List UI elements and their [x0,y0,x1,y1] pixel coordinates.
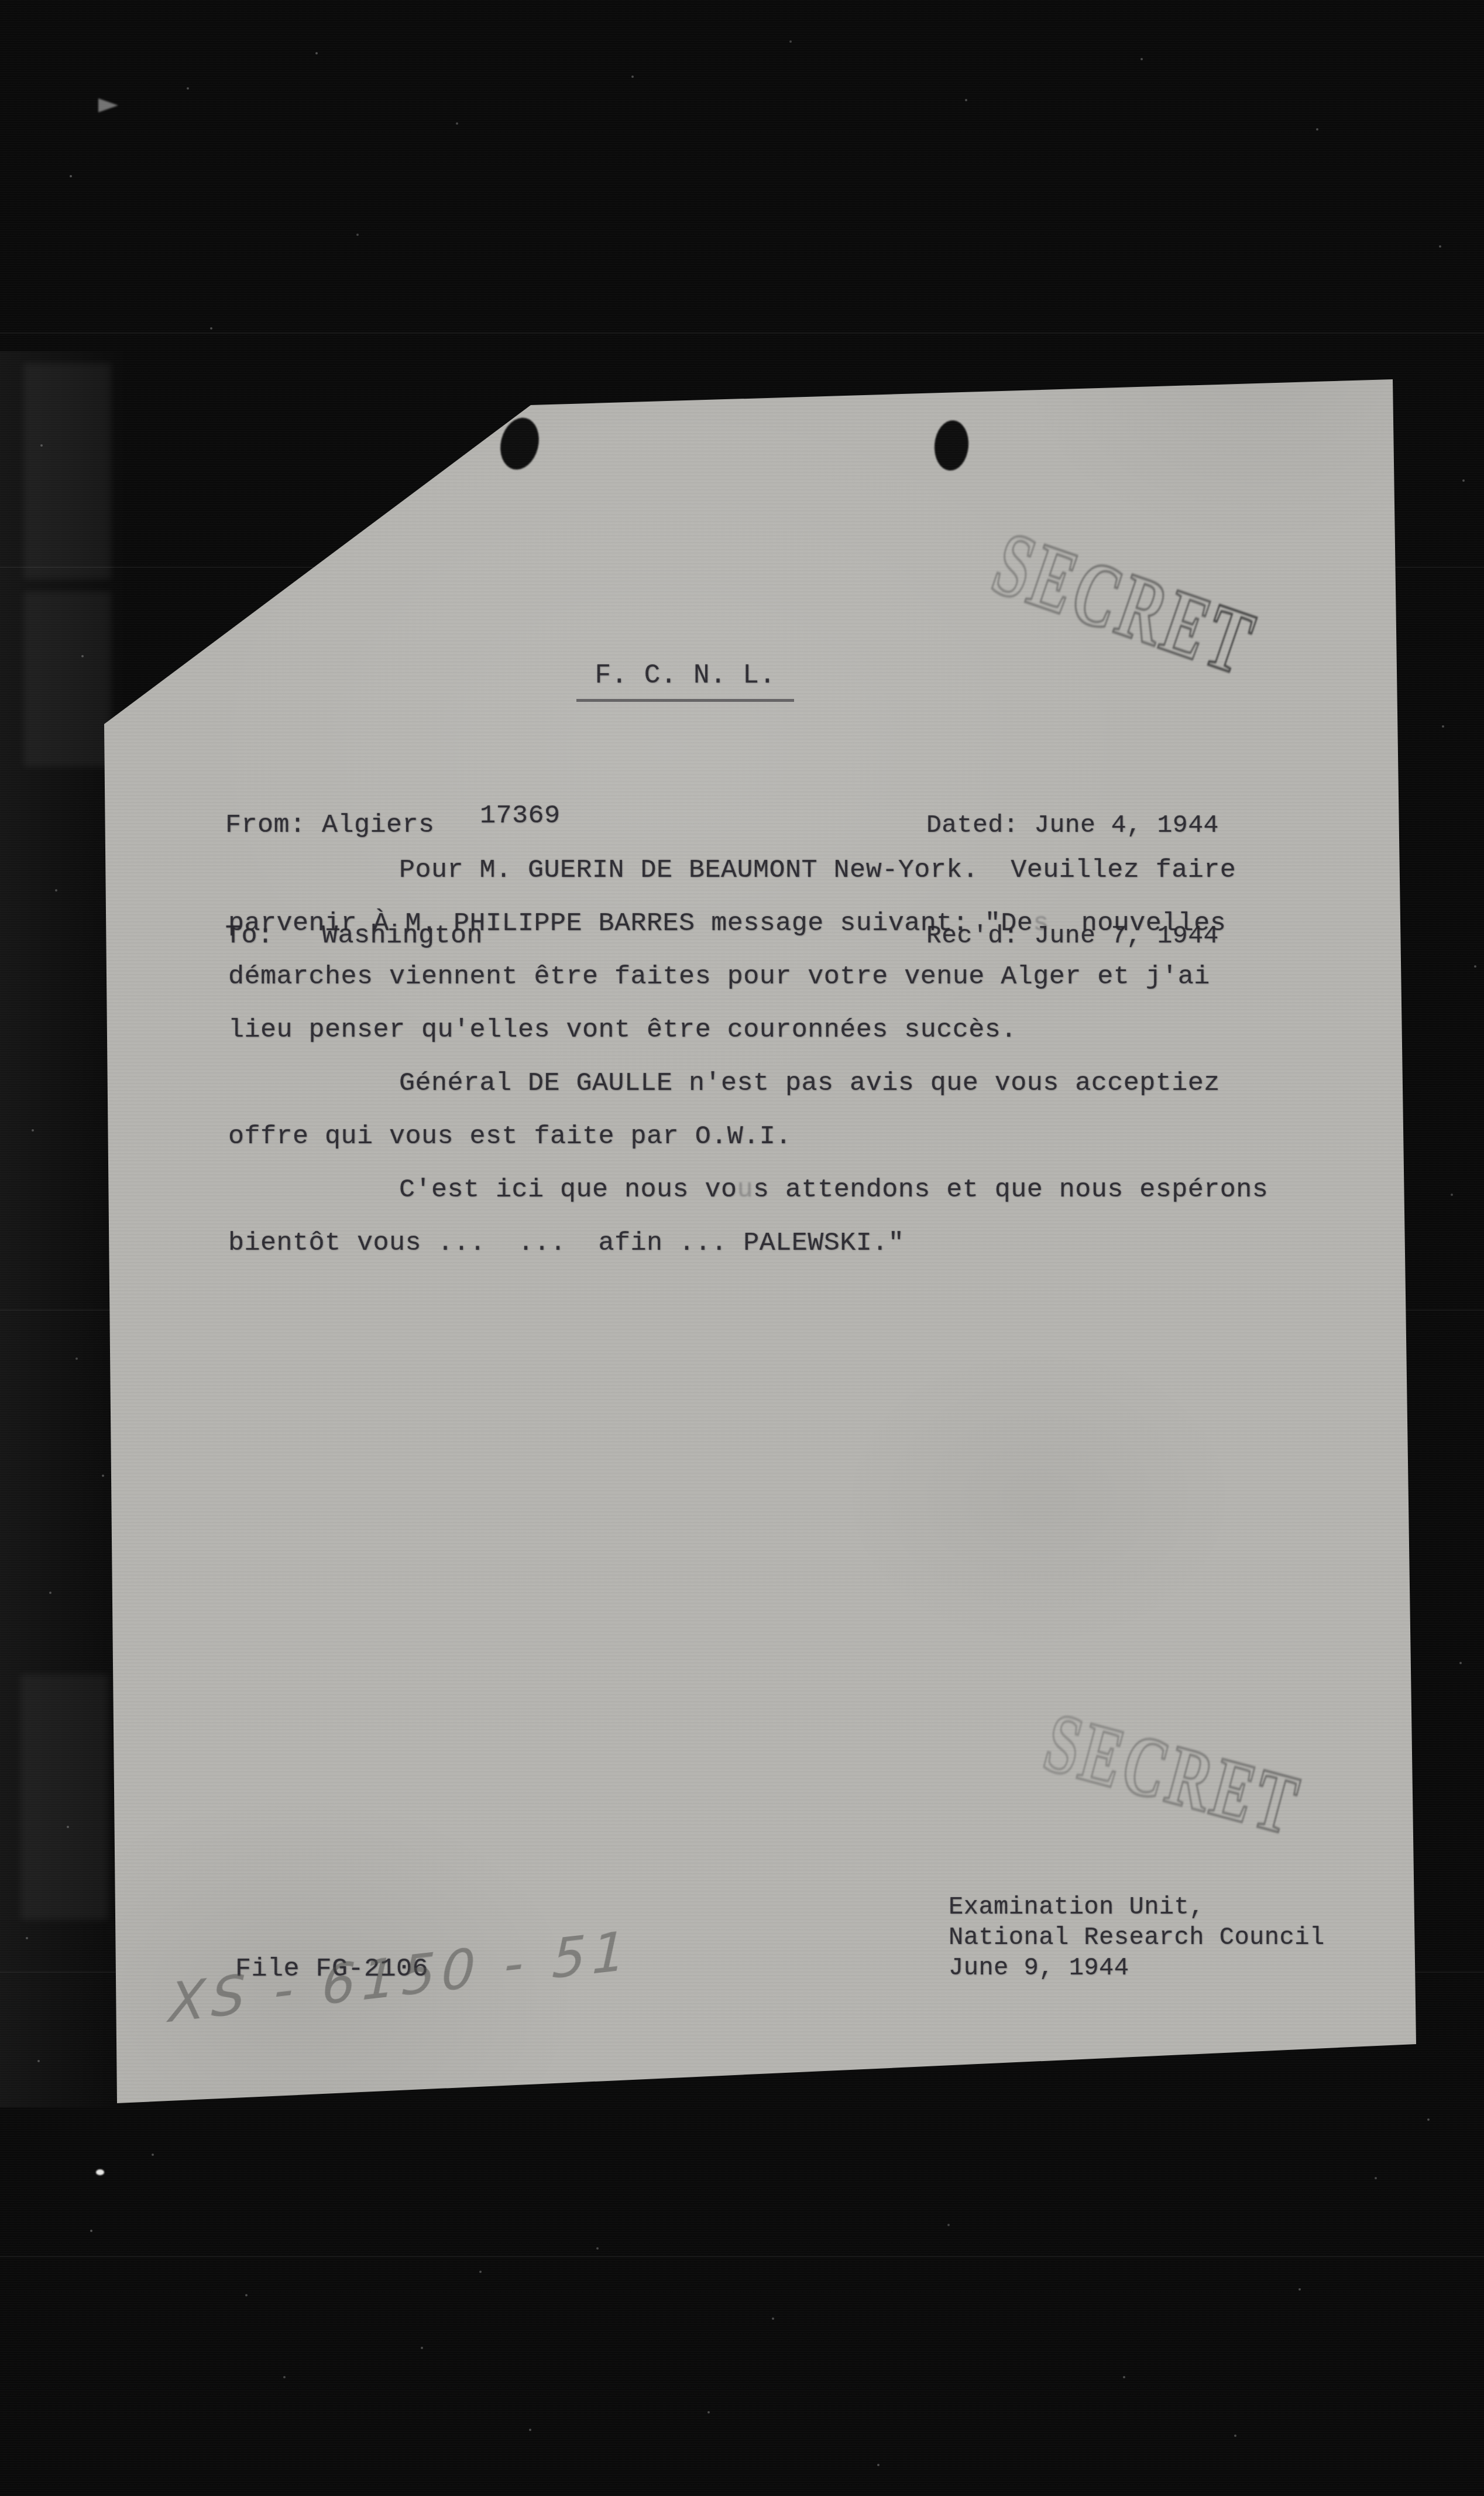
message-number: 17369 [480,801,561,831]
film-frame-artifact [20,1674,108,1920]
scan-artifact-line [0,332,1484,334]
film-frame-artifact [23,591,111,767]
film-notch [98,98,118,112]
message-body: Pour M. GUERIN DE BEAUMONT New-York. Veu… [228,844,1258,1270]
text-line: National Research Council [949,1922,1325,1953]
typed-line: Général DE GAULLE n'est pas avis que vou… [228,1057,1258,1110]
film-dust [0,0,1,1]
typed-line: bientôt vous ... ... afin ... PALEWSKI." [228,1216,1258,1270]
text-line: June 9, 1944 [949,1953,1325,1983]
film-frame-artifact [23,363,111,580]
typed-line: C'est ici que nous vous attendons et que… [228,1163,1258,1216]
typed-line: Pour M. GUERIN DE BEAUMONT New-York. Veu… [228,844,1258,897]
from-line: From: Algiers [225,807,483,844]
typed-line: lieu penser qu'elles vont être couronnée… [228,1003,1258,1057]
microfilm-scan: SECRET SECRET F. C. N. L. From: Algiers … [0,0,1484,2496]
typed-line: démarches viennent être faites pour votr… [228,950,1258,1003]
dated-line: Dated: June 4, 1944 [926,807,1219,844]
scan-artifact-line [0,2256,1484,2257]
text-line: Examination Unit, [949,1892,1325,1922]
document-title: F. C. N. L. [576,660,794,702]
dust-speck [96,2169,104,2175]
typed-line: parvenir À M. PHILIPPE BARRES message su… [228,897,1258,950]
typed-line: offre qui vous est faite par O.W.I. [228,1110,1258,1163]
examination-unit-block: Examination Unit,National Research Counc… [949,1892,1325,1983]
